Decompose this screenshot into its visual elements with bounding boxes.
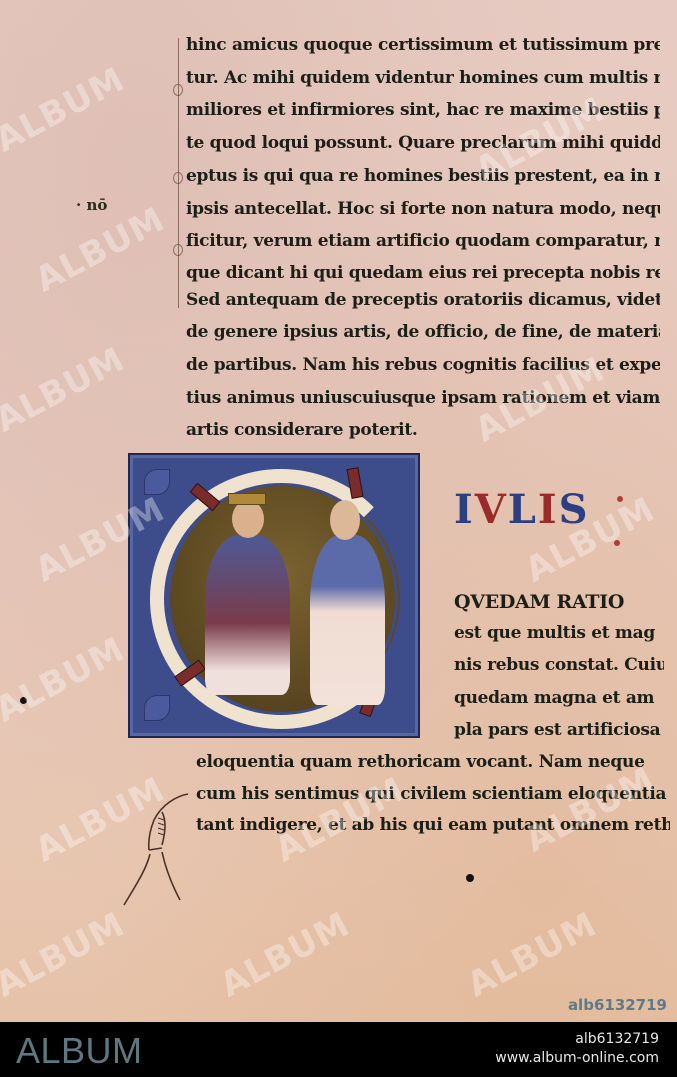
rubric-heading: IVLIS	[454, 486, 590, 533]
watermark: ALBUM	[0, 629, 132, 730]
king-figure	[205, 535, 290, 695]
rubric-dot	[617, 496, 623, 502]
illuminated-initial-c	[128, 453, 420, 738]
watermark: ALBUM	[0, 339, 132, 440]
rubric-letter: I	[538, 486, 559, 533]
bearded-figure	[310, 535, 385, 705]
text-line: que dicant hi qui quedam eius rei precep…	[186, 263, 660, 289]
text-line: miliores et infirmiores sint, hac re max…	[186, 100, 660, 126]
text-line: tur. Ac mihi quidem videntur homines cum…	[186, 68, 660, 94]
watermark: ALBUM	[0, 59, 132, 160]
manicule-pointing-hand-icon	[122, 790, 192, 910]
watermark: ALBUM	[29, 199, 172, 300]
text-line: pla pars est artificiosa	[454, 720, 664, 746]
album-logo: ALBUM	[16, 1030, 143, 1072]
watermark: ALBUM	[0, 904, 132, 1005]
rubric-letter: V	[475, 486, 508, 533]
manuscript-page: · nō hinc amicus quoque certissimum et t…	[0, 0, 677, 1022]
rubric-dot	[614, 540, 620, 546]
text-line: eloquentia quam rethoricam vocant. Nam n…	[196, 752, 670, 778]
text-line: tant indigere, et ab his qui eam putant …	[196, 815, 670, 841]
text-line: quedam magna et am	[454, 688, 664, 714]
stock-id-watermark: alb6132719	[568, 996, 667, 1014]
text-line: de genere ipsius artis, de officio, de f…	[186, 322, 660, 348]
text-line: eptus is qui qua re homines bestiis pres…	[186, 166, 660, 192]
image-id: alb6132719	[495, 1030, 659, 1049]
incipit-line: QVEDAM RATIO	[454, 591, 664, 617]
crown-icon	[228, 493, 266, 505]
text-line: nis rebus constat. Cuius	[454, 655, 664, 681]
footer-bar: ALBUM alb6132719 www.album-online.com	[0, 1022, 677, 1077]
king-head	[232, 500, 264, 538]
bearded-figure-head	[330, 500, 360, 540]
text-line: tius animus uniuscuiusque ipsam rationem…	[186, 388, 660, 414]
text-line: Sed antequam de preceptis oratoriis dica…	[186, 290, 660, 316]
text-line: te quod loqui possunt. Quare preclarum m…	[186, 133, 660, 159]
ruling-knot-mark	[173, 244, 183, 256]
footer-meta: alb6132719 www.album-online.com	[495, 1030, 659, 1068]
text-line: artis considerare poterit.	[186, 420, 660, 446]
marginal-note: · nō	[76, 196, 107, 214]
rubric-letter: I	[454, 486, 475, 533]
ruling-knot-mark	[173, 172, 183, 184]
foliage-ornament	[144, 469, 170, 495]
watermark: ALBUM	[214, 904, 357, 1005]
text-line: de partibus. Nam his rebus cognitis faci…	[186, 355, 660, 381]
ruling-knot-mark	[173, 84, 183, 96]
text-line: hinc amicus quoque certissimum et tutiss…	[186, 35, 660, 61]
text-line: cum his sentimus qui civilem scientiam e…	[196, 784, 670, 810]
ink-spot	[20, 697, 27, 704]
website-url: www.album-online.com	[495, 1049, 659, 1068]
text-line: ficitur, verum etiam artificio quodam co…	[186, 231, 660, 257]
watermark: ALBUM	[461, 904, 604, 1005]
rubric-letter: S	[559, 486, 590, 533]
text-line: ipsis antecellat. Hoc si forte non natur…	[186, 199, 660, 225]
text-line: est que multis et mag	[454, 623, 664, 649]
ink-spot	[466, 874, 474, 882]
rubric-letter: L	[508, 486, 538, 533]
foliage-ornament	[144, 695, 170, 721]
